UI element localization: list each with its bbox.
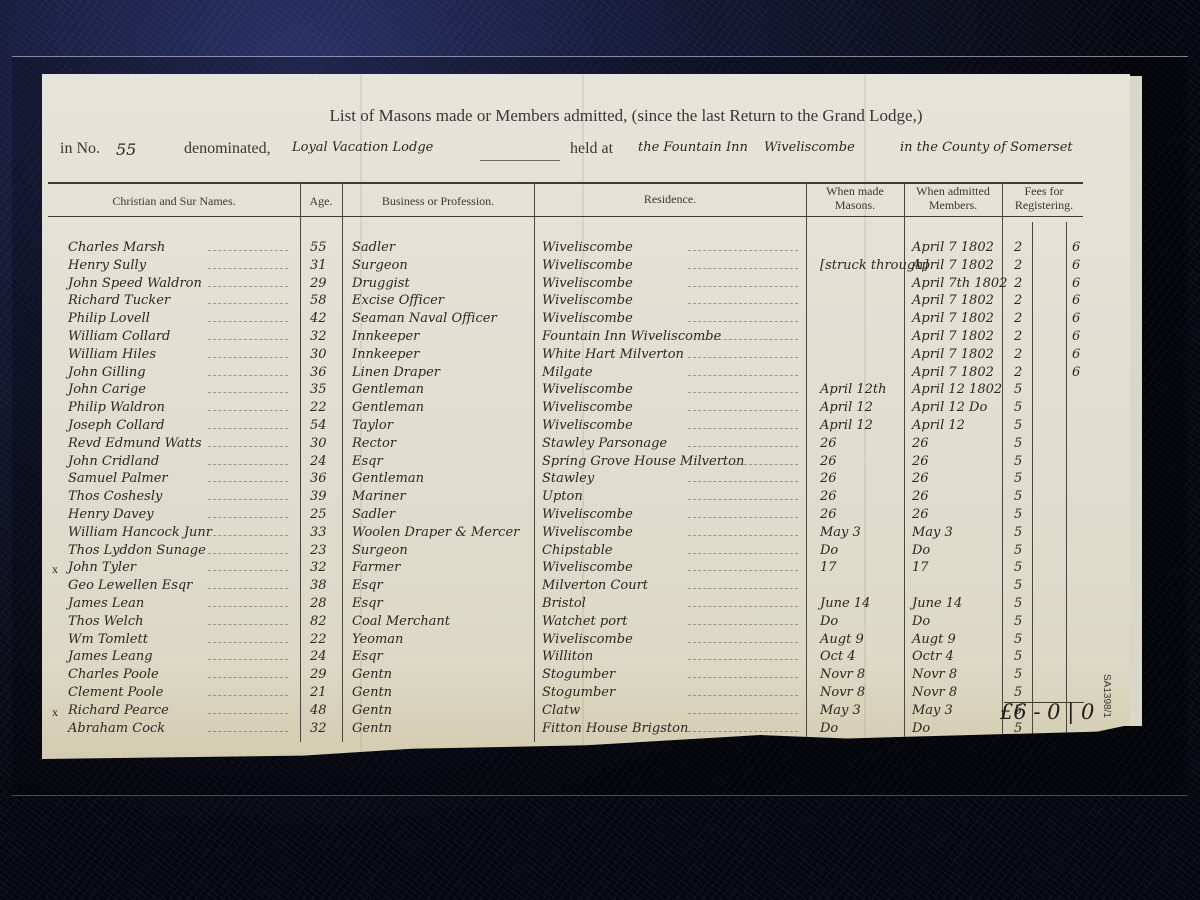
made-date: Novr 8 (820, 667, 865, 682)
filler-dash (208, 553, 288, 554)
table-row: Thos Coshesly39MarinerUpton26265 (48, 489, 1088, 508)
member-residence: Bristol (542, 596, 586, 611)
member-age: 24 (310, 454, 327, 469)
admitted-date: Do (912, 721, 930, 736)
blank-line (480, 160, 560, 161)
member-residence: Watchet port (542, 614, 628, 629)
admitted-date: Augt 9 (912, 632, 956, 647)
member-age: 29 (310, 276, 327, 291)
fee-shillings: 5 (1014, 578, 1022, 593)
fee-shillings: 5 (1014, 632, 1022, 647)
member-age: 55 (310, 240, 327, 255)
member-residence: Milgate (542, 365, 593, 380)
admitted-date: May 3 (912, 703, 953, 718)
cross-mark: x (52, 705, 58, 720)
member-name: John Tyler (68, 560, 136, 575)
member-profession: Surgeon (352, 543, 408, 558)
table-row: John Speed Waldron29DruggistWiveliscombe… (48, 276, 1088, 295)
fee-shillings: 2 (1014, 329, 1022, 344)
member-name: James Lean (68, 596, 144, 611)
member-name: John Carige (68, 382, 146, 397)
member-residence: Chipstable (542, 543, 613, 558)
filler-dash (208, 499, 288, 500)
filler-dash (208, 357, 288, 358)
filler-dash (208, 570, 288, 571)
member-profession: Druggist (352, 276, 410, 291)
fee-pence: 6 (1072, 311, 1080, 326)
member-residence: Stogumber (542, 667, 615, 682)
member-profession: Linen Draper (352, 365, 440, 380)
table-row: James Leang24EsqrWillitonOct 4Octr 45 (48, 649, 1088, 668)
admitted-date: April 7 1802 (912, 365, 994, 380)
member-profession: Gentn (352, 703, 392, 718)
member-residence: Williton (542, 649, 593, 664)
fee-pence: 6 (1072, 258, 1080, 273)
made-date: May 3 (820, 703, 861, 718)
filler-dash (688, 339, 798, 340)
archive-reference: SA1398/1 (1101, 674, 1112, 718)
member-name: John Cridland (68, 454, 159, 469)
filler-dash (208, 446, 288, 447)
table-row: Thos Lyddon Sunage23SurgeonChipstableDoD… (48, 543, 1088, 562)
admitted-date: Octr 4 (912, 649, 954, 664)
member-profession: Sadler (352, 507, 395, 522)
admitted-date: April 12 (912, 418, 965, 433)
fee-shillings: 5 (1014, 436, 1022, 451)
member-residence: White Hart Milverton (542, 347, 684, 362)
member-profession: Esqr (352, 596, 383, 611)
table-row: Richard Pearce48GentnClatwMay 3May 35x (48, 703, 1088, 722)
filler-dash (208, 713, 288, 714)
made-date: April 12 (820, 400, 873, 415)
member-age: 30 (310, 347, 327, 362)
member-name: Charles Poole (68, 667, 159, 682)
fee-shillings: 2 (1014, 293, 1022, 308)
made-date: Oct 4 (820, 649, 856, 664)
member-name: John Gilling (68, 365, 146, 380)
table-row: Revd Edmund Watts30RectorStawley Parsona… (48, 436, 1088, 455)
member-residence: Wiveliscombe (542, 311, 633, 326)
member-age: 28 (310, 596, 327, 611)
admitted-date: Novr 8 (912, 685, 957, 700)
fee-shillings: 5 (1014, 685, 1022, 700)
member-age: 30 (310, 436, 327, 451)
member-age: 32 (310, 721, 327, 736)
table-row: Wm Tomlett22YeomanWiveliscombeAugt 9Augt… (48, 632, 1088, 651)
made-date: Novr 8 (820, 685, 865, 700)
member-name: Henry Sully (68, 258, 146, 273)
member-age: 35 (310, 382, 327, 397)
filler-dash (688, 553, 798, 554)
filler-dash (688, 731, 798, 732)
fee-shillings: 2 (1014, 258, 1022, 273)
member-age: 32 (310, 560, 327, 575)
member-profession: Gentn (352, 685, 392, 700)
admitted-date: 26 (912, 489, 929, 504)
member-name: Revd Edmund Watts (68, 436, 202, 451)
made-date: Do (820, 721, 838, 736)
header-admitted: When admitted Members. (906, 184, 1000, 212)
filler-dash (208, 642, 288, 643)
filler-dash (688, 624, 798, 625)
member-residence: Wiveliscombe (542, 400, 633, 415)
member-age: 25 (310, 507, 327, 522)
member-name: Abraham Cock (68, 721, 165, 736)
member-residence: Spring Grove House Milverton (542, 454, 744, 469)
lodge-name: Loyal Vacation Lodge (292, 140, 433, 155)
filler-dash (208, 695, 288, 696)
member-name: Thos Welch (68, 614, 143, 629)
filler-dash (688, 677, 798, 678)
member-name: William Hiles (68, 347, 156, 362)
member-age: 48 (310, 703, 327, 718)
made-date: 26 (820, 489, 837, 504)
fee-pence: 6 (1072, 240, 1080, 255)
made-date: Augt 9 (820, 632, 864, 647)
filler-dash (208, 677, 288, 678)
member-age: 82 (310, 614, 327, 629)
member-residence: Wiveliscombe (542, 276, 633, 291)
filler-dash (208, 659, 288, 660)
member-profession: Esqr (352, 454, 383, 469)
member-residence: Wiveliscombe (542, 418, 633, 433)
admitted-date: 26 (912, 454, 929, 469)
admitted-date: April 7 1802 (912, 240, 994, 255)
filler-dash (688, 268, 798, 269)
filler-dash (688, 410, 798, 411)
document-sheet: List of Masons made or Members admitted,… (42, 74, 1130, 759)
member-residence: Wiveliscombe (542, 240, 633, 255)
member-profession: Innkeeper (352, 329, 419, 344)
fee-shillings: 2 (1014, 311, 1022, 326)
member-profession: Rector (352, 436, 396, 451)
fee-shillings: 5 (1014, 543, 1022, 558)
member-age: 22 (310, 632, 327, 647)
fee-shillings: 5 (1014, 382, 1022, 397)
filler-dash (688, 303, 798, 304)
filler-dash (688, 481, 798, 482)
member-age: 58 (310, 293, 327, 308)
fee-shillings: 5 (1014, 400, 1022, 415)
member-profession: Gentn (352, 721, 392, 736)
admitted-date: 26 (912, 436, 929, 451)
member-profession: Sadler (352, 240, 395, 255)
table-row: William Hancock Junr33Woolen Draper & Me… (48, 525, 1088, 544)
filler-dash (688, 446, 798, 447)
header-fees: Fees for Registering. (1004, 184, 1084, 212)
venue: the Fountain Inn (638, 140, 748, 155)
member-profession: Esqr (352, 578, 383, 593)
member-residence: Milverton Court (542, 578, 648, 593)
header-name: Christian and Sur Names. (48, 194, 300, 208)
header-age: Age. (300, 194, 342, 208)
admitted-date: 17 (912, 560, 929, 575)
table-row: John Gilling36Linen DraperMilgateApril 7… (48, 365, 1088, 384)
fee-shillings: 2 (1014, 347, 1022, 362)
admitted-date: Novr 8 (912, 667, 957, 682)
member-age: 36 (310, 365, 327, 380)
member-profession: Mariner (352, 489, 406, 504)
members-table: Christian and Sur Names. Age. Business o… (48, 182, 1088, 752)
table-row: Richard Tucker58Excise OfficerWiveliscom… (48, 293, 1088, 312)
made-date: April 12 (820, 418, 873, 433)
lodge-number: 55 (116, 140, 136, 159)
table-row: Henry Davey25SadlerWiveliscombe26265 (48, 507, 1088, 526)
admitted-date: May 3 (912, 525, 953, 540)
table-row: William Collard32InnkeeperFountain Inn W… (48, 329, 1088, 348)
filler-dash (208, 731, 288, 732)
member-profession: Gentn (352, 667, 392, 682)
member-name: Charles Marsh (68, 240, 165, 255)
filler-dash (208, 464, 288, 465)
filler-dash (688, 286, 798, 287)
member-profession: Gentleman (352, 382, 424, 397)
fee-shillings: 5 (1014, 507, 1022, 522)
member-residence: Stawley (542, 471, 594, 486)
filler-dash (688, 321, 798, 322)
member-age: 29 (310, 667, 327, 682)
made-date: Do (820, 614, 838, 629)
filler-dash (208, 517, 288, 518)
filler-dash (208, 339, 288, 340)
filler-dash (688, 713, 798, 714)
member-name: Henry Davey (68, 507, 154, 522)
member-age: 36 (310, 471, 327, 486)
filler-dash (208, 606, 288, 607)
member-age: 39 (310, 489, 327, 504)
admitted-date: Do (912, 614, 930, 629)
member-age: 31 (310, 258, 327, 273)
fee-shillings: 5 (1014, 454, 1022, 469)
member-name: Richard Tucker (68, 293, 170, 308)
fee-shillings: 5 (1014, 489, 1022, 504)
admitted-date: 26 (912, 471, 929, 486)
lodge-no-label: in No. (60, 140, 100, 158)
table-row: Charles Marsh55SadlerWiveliscombeApril 7… (48, 240, 1088, 259)
header-made: When made Masons. (810, 184, 900, 212)
member-name: Philip Waldron (68, 400, 165, 415)
filler-dash (208, 481, 288, 482)
document-title: List of Masons made or Members admitted,… (42, 106, 1130, 126)
fee-shillings: 5 (1014, 560, 1022, 575)
admitted-date: April 7th 1802 (912, 276, 1007, 291)
table-row: James Lean28EsqrBristolJune 14June 145 (48, 596, 1088, 615)
member-residence: Wiveliscombe (542, 293, 633, 308)
made-date: June 14 (820, 596, 870, 611)
member-name: Philip Lovell (68, 311, 150, 326)
fee-shillings: 5 (1014, 667, 1022, 682)
member-age: 22 (310, 400, 327, 415)
table-row: Henry Sully31SurgeonWiveliscombe[struck … (48, 258, 1088, 277)
fee-shillings: 5 (1014, 418, 1022, 433)
admitted-date: April 7 1802 (912, 347, 994, 362)
admitted-date: April 12 1802 (912, 382, 1002, 397)
made-date: May 3 (820, 525, 861, 540)
made-date: 26 (820, 471, 837, 486)
admitted-date: April 12 Do (912, 400, 987, 415)
filler-dash (688, 606, 798, 607)
table-row: Clement Poole21GentnStogumberNovr 8Novr … (48, 685, 1088, 704)
member-age: 21 (310, 685, 327, 700)
filler-dash (688, 499, 798, 500)
filler-dash (688, 428, 798, 429)
made-date: 26 (820, 436, 837, 451)
fee-shillings: 5 (1014, 649, 1022, 664)
admitted-date: April 7 1802 (912, 293, 994, 308)
fees-total: £6 - 0 | 0 (1000, 700, 1094, 724)
filler-dash (688, 659, 798, 660)
fee-pence: 6 (1072, 365, 1080, 380)
held-at-label: held at (570, 140, 613, 158)
filler-dash (688, 642, 798, 643)
filler-dash (688, 570, 798, 571)
table-row: Joseph Collard54TaylorWiveliscombeApril … (48, 418, 1088, 437)
made-date: 26 (820, 454, 837, 469)
member-profession: Gentleman (352, 471, 424, 486)
fee-pence: 6 (1072, 347, 1080, 362)
admitted-date: 26 (912, 507, 929, 522)
filler-dash (208, 321, 288, 322)
member-profession: Farmer (352, 560, 400, 575)
town: Wiveliscombe (764, 140, 855, 155)
member-name: John Speed Waldron (68, 276, 202, 291)
member-residence: Wiveliscombe (542, 382, 633, 397)
fee-shillings: 2 (1014, 276, 1022, 291)
table-row: John Tyler32FarmerWiveliscombe17175x (48, 560, 1088, 579)
table-row: Thos Welch82Coal MerchantWatchet portDoD… (48, 614, 1088, 633)
table-row: John Carige35GentlemanWiveliscombeApril … (48, 382, 1088, 401)
filler-dash (208, 428, 288, 429)
member-profession: Coal Merchant (352, 614, 450, 629)
fee-pence: 6 (1072, 276, 1080, 291)
table-row: John Cridland24EsqrSpring Grove House Mi… (48, 454, 1088, 473)
member-name: James Leang (68, 649, 153, 664)
member-residence: Fitton House Brigston (542, 721, 688, 736)
member-residence: Clatw (542, 703, 580, 718)
member-profession: Yeoman (352, 632, 403, 647)
table-row: Charles Poole29GentnStogumberNovr 8Novr … (48, 667, 1088, 686)
made-date: Do (820, 543, 838, 558)
filler-dash (208, 392, 288, 393)
filler-dash (688, 250, 798, 251)
header-bottom-rule (48, 216, 1083, 217)
member-age: 38 (310, 578, 327, 593)
member-age: 33 (310, 525, 327, 540)
filler-dash (208, 250, 288, 251)
table-row: Samuel Palmer36GentlemanStawley26265 (48, 471, 1088, 490)
admitted-date: April 7 1802 (912, 258, 994, 273)
admitted-date: Do (912, 543, 930, 558)
member-age: 42 (310, 311, 327, 326)
made-date: April 12th (820, 382, 887, 397)
member-name: Joseph Collard (68, 418, 165, 433)
filler-dash (688, 535, 798, 536)
member-profession: Seaman Naval Officer (352, 311, 497, 326)
member-profession: Surgeon (352, 258, 408, 273)
member-profession: Excise Officer (352, 293, 444, 308)
member-residence: Wiveliscombe (542, 632, 633, 647)
header-residence: Residence. (534, 192, 806, 206)
table-row: Geo Lewellen Esqr38EsqrMilverton Court5 (48, 578, 1088, 597)
member-residence: Wiveliscombe (542, 525, 633, 540)
member-age: 24 (310, 649, 327, 664)
filler-dash (688, 375, 798, 376)
member-age: 23 (310, 543, 327, 558)
lodge-details: in No. 55 denominated, Loyal Vacation Lo… (60, 140, 1120, 166)
member-name: Wm Tomlett (68, 632, 148, 647)
member-name: William Hancock Junr (68, 525, 212, 540)
member-name: Thos Lyddon Sunage (68, 543, 206, 558)
admitted-date: April 7 1802 (912, 329, 994, 344)
filler-dash (208, 286, 288, 287)
member-residence: Wiveliscombe (542, 258, 633, 273)
filler-dash (208, 410, 288, 411)
filler-dash (688, 517, 798, 518)
member-profession: Woolen Draper & Mercer (352, 525, 519, 540)
fee-shillings: 2 (1014, 365, 1022, 380)
denominated-label: denominated, (184, 140, 271, 158)
member-residence: Fountain Inn Wiveliscombe (542, 329, 721, 344)
member-name: Thos Coshesly (68, 489, 162, 504)
member-name: Clement Poole (68, 685, 163, 700)
filler-dash (688, 464, 798, 465)
member-name: William Collard (68, 329, 170, 344)
table-row: Philip Lovell42Seaman Naval OfficerWivel… (48, 311, 1088, 330)
fee-shillings: 5 (1014, 471, 1022, 486)
made-date: 26 (820, 507, 837, 522)
filler-dash (688, 695, 798, 696)
fee-shillings: 2 (1014, 240, 1022, 255)
fee-shillings: 5 (1014, 614, 1022, 629)
fee-pence: 6 (1072, 329, 1080, 344)
member-name: Richard Pearce (68, 703, 169, 718)
table-row: Philip Waldron22GentlemanWiveliscombeApr… (48, 400, 1088, 419)
header-profession: Business or Profession. (342, 194, 534, 208)
member-residence: Stogumber (542, 685, 615, 700)
filler-dash (688, 392, 798, 393)
filler-dash (688, 357, 798, 358)
member-profession: Gentleman (352, 400, 424, 415)
member-residence: Stawley Parsonage (542, 436, 667, 451)
member-name: Samuel Palmer (68, 471, 168, 486)
member-residence: Wiveliscombe (542, 507, 633, 522)
filler-dash (208, 375, 288, 376)
fee-pence: 6 (1072, 293, 1080, 308)
fee-shillings: 5 (1014, 525, 1022, 540)
filler-dash (208, 535, 288, 536)
member-profession: Taylor (352, 418, 393, 433)
filler-dash (208, 268, 288, 269)
filler-dash (208, 588, 288, 589)
member-profession: Innkeeper (352, 347, 419, 362)
made-date: 17 (820, 560, 837, 575)
county: in the County of Somerset (900, 140, 1073, 155)
member-profession: Esqr (352, 649, 383, 664)
member-residence: Wiveliscombe (542, 560, 633, 575)
admitted-date: April 7 1802 (912, 311, 994, 326)
filler-dash (208, 624, 288, 625)
admitted-date: June 14 (912, 596, 962, 611)
member-age: 54 (310, 418, 327, 433)
filler-dash (208, 303, 288, 304)
fee-shillings: 5 (1014, 596, 1022, 611)
filler-dash (688, 588, 798, 589)
member-residence: Upton (542, 489, 583, 504)
cross-mark: x (52, 562, 58, 577)
member-age: 32 (310, 329, 327, 344)
table-row: William Hiles30InnkeeperWhite Hart Milve… (48, 347, 1088, 366)
member-name: Geo Lewellen Esqr (68, 578, 192, 593)
